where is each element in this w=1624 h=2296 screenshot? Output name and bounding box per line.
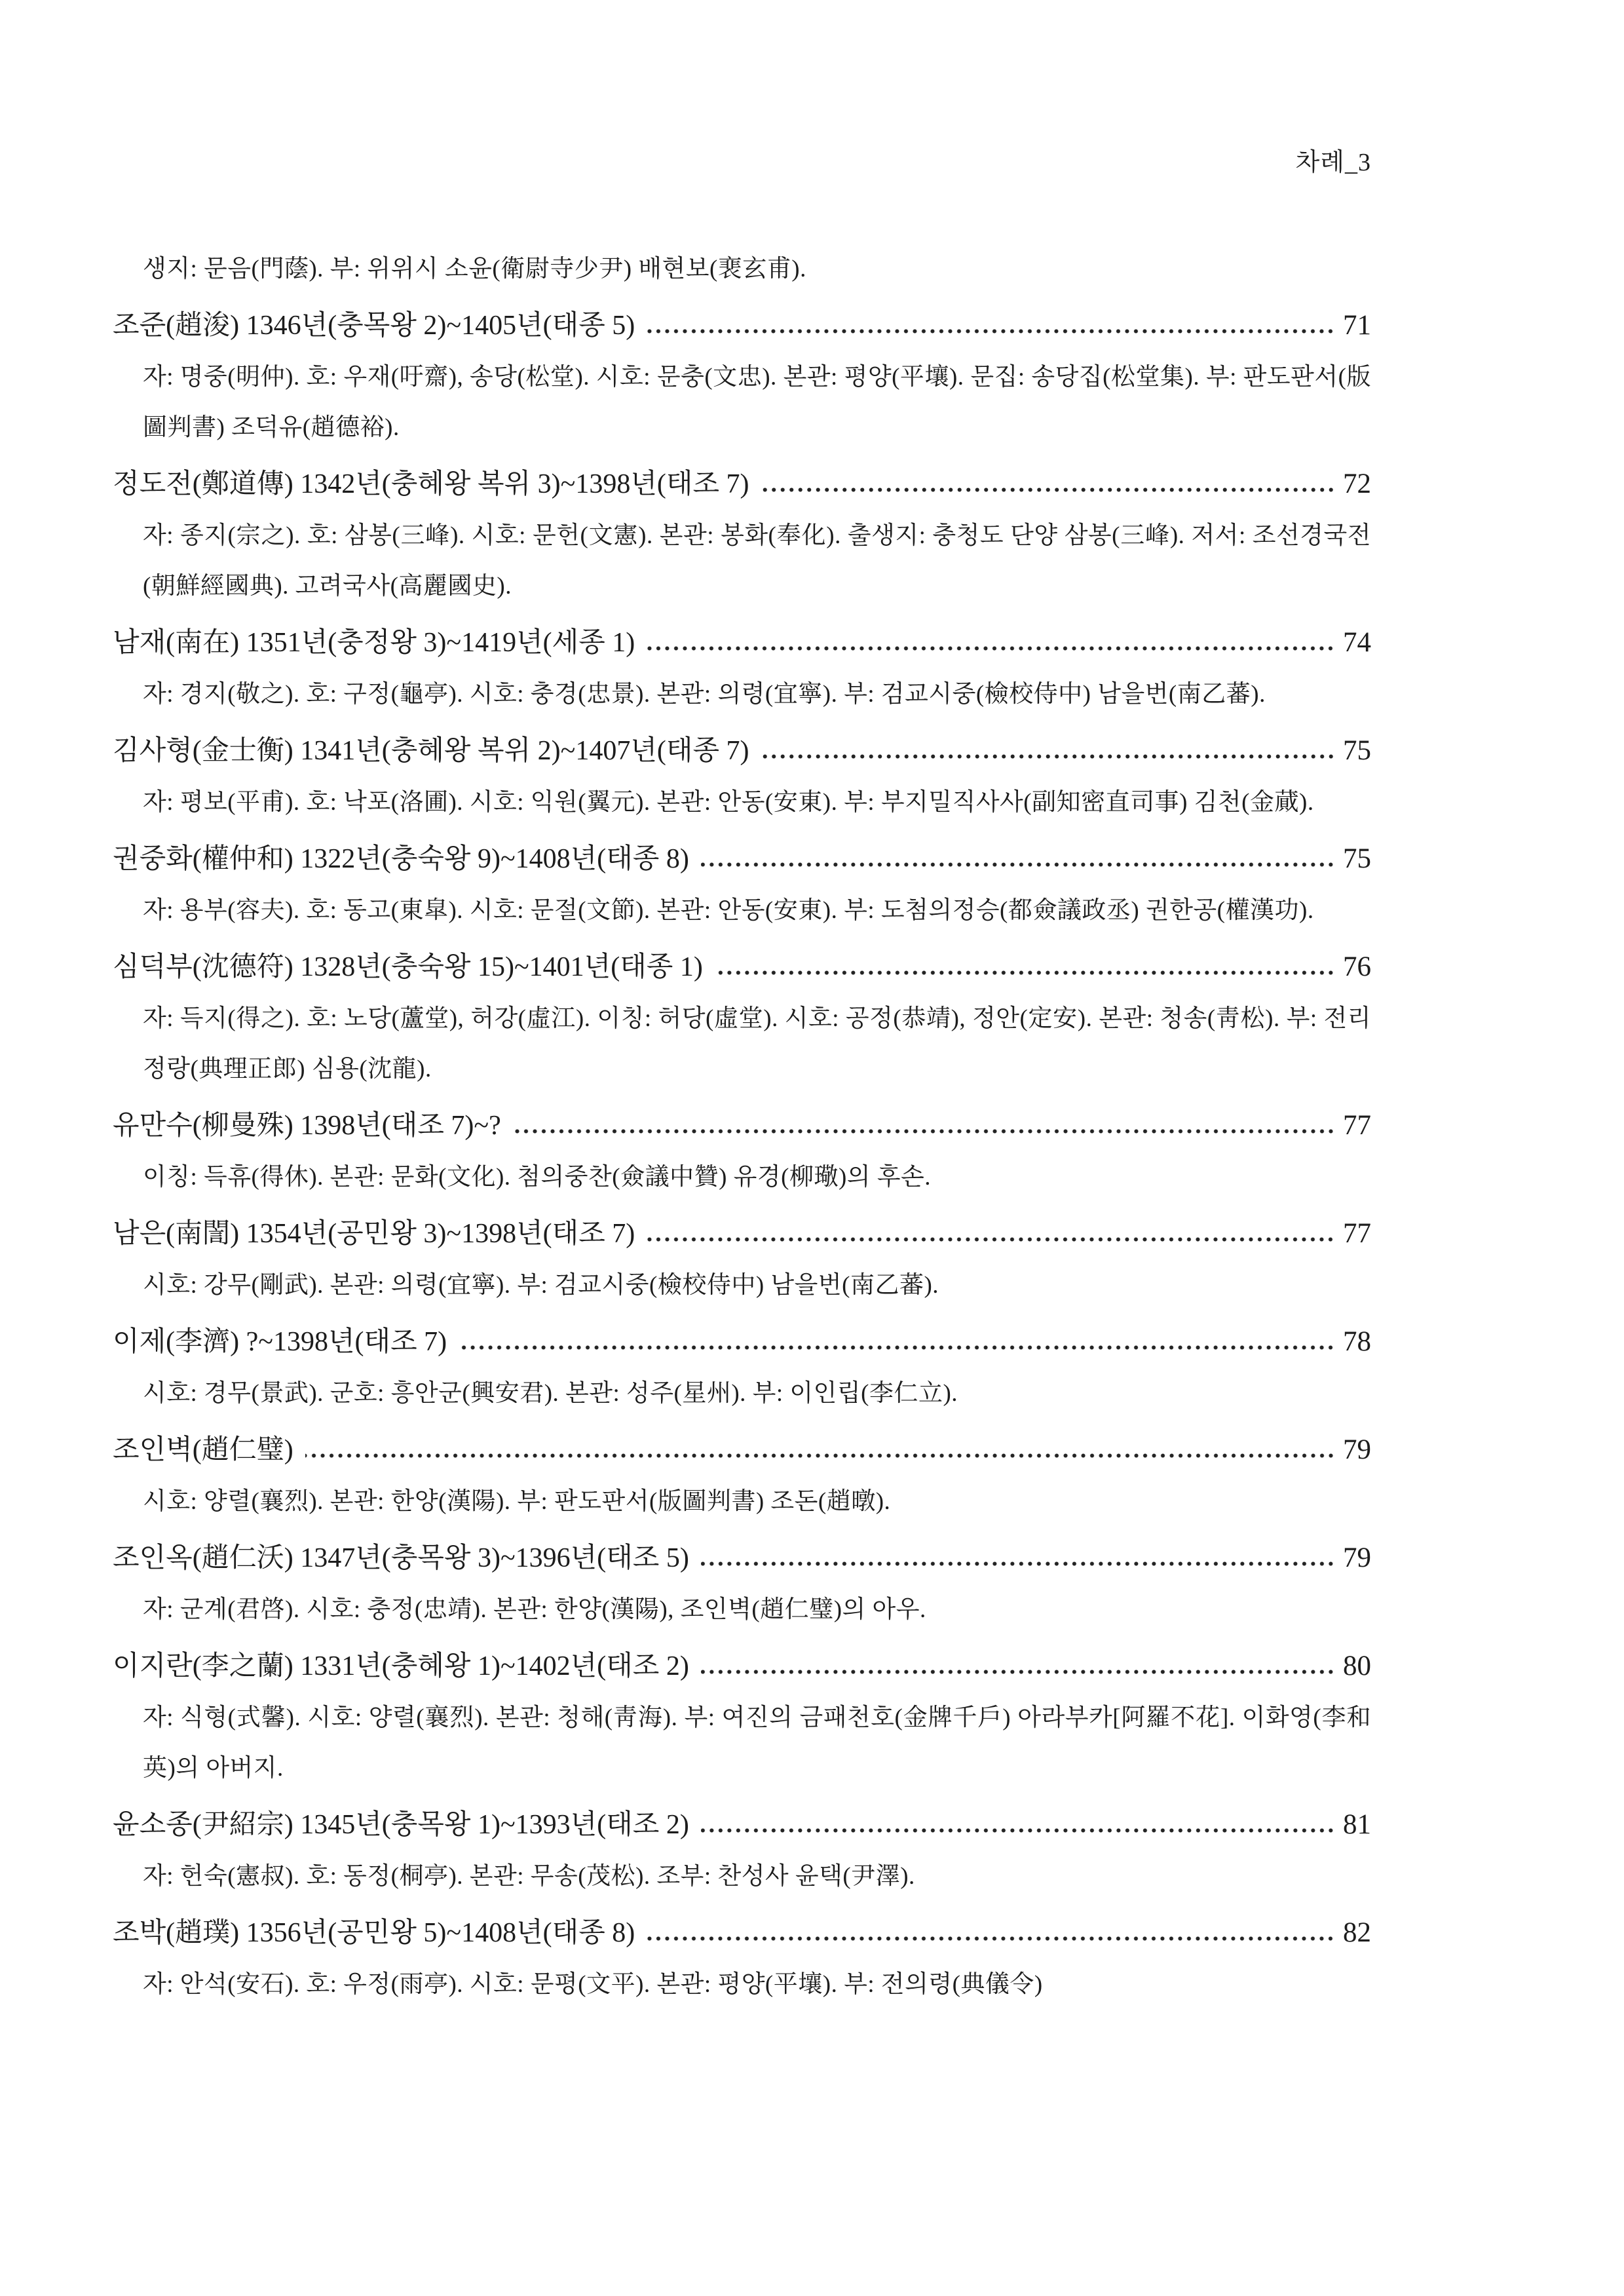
toc-entry-title-row: 이제(李濟) ?~1398년(태조 7)78 xyxy=(113,1316,1371,1368)
toc-entry: 이지란(李之蘭) 1331년(충혜왕 1)~1402년(태조 2)80자: 식형… xyxy=(113,1640,1371,1793)
dot-leader xyxy=(647,328,1335,334)
dot-leader xyxy=(761,754,1335,759)
toc-entry-detail: 자: 식형(式馨). 시호: 양렬(襄烈). 본관: 청해(靑海). 부: 여진… xyxy=(113,1693,1371,1793)
toc-entry-list: 조준(趙浚) 1346년(충목왕 2)~1405년(태종 5)71자: 명중(明… xyxy=(113,299,1371,2010)
dot-leader xyxy=(701,1669,1335,1675)
dot-leader xyxy=(459,1345,1335,1350)
toc-entry: 윤소종(尹紹宗) 1345년(충목왕 1)~1393년(태조 2)81자: 헌숙… xyxy=(113,1799,1371,1902)
toc-entry-page-number: 79 xyxy=(1343,1532,1371,1584)
toc-entry-detail: 자: 명중(明仲). 호: 우재(吁齋), 송당(松堂). 시호: 문충(文忠)… xyxy=(113,352,1371,453)
dot-leader xyxy=(647,645,1335,651)
toc-entry: 남은(南誾) 1354년(공민왕 3)~1398년(태조 7)77시호: 강무(… xyxy=(113,1208,1371,1311)
toc-entry-title: 이지란(李之蘭) 1331년(충혜왕 1)~1402년(태조 2) xyxy=(113,1640,689,1693)
toc-entry: 이제(李濟) ?~1398년(태조 7)78시호: 경무(景武). 군호: 흥안… xyxy=(113,1316,1371,1419)
toc-entry-title: 유만수(柳曼殊) 1398년(태조 7)~? xyxy=(113,1100,501,1152)
toc-entry: 조박(趙璞) 1356년(공민왕 5)~1408년(태종 8)82자: 안석(安… xyxy=(113,1907,1371,2010)
dot-leader xyxy=(701,1561,1335,1567)
toc-entry-title-row: 남은(南誾) 1354년(공민왕 3)~1398년(태조 7)77 xyxy=(113,1208,1371,1260)
toc-entry: 남재(南在) 1351년(충정왕 3)~1419년(세종 1)74자: 경지(敬… xyxy=(113,617,1371,719)
toc-entry-title: 조박(趙璞) 1356년(공민왕 5)~1408년(태종 8) xyxy=(113,1907,635,1959)
toc-entry-page-number: 77 xyxy=(1343,1208,1371,1260)
toc-entry-title-row: 심덕부(沈德符) 1328년(충숙왕 15)~1401년(태종 1)76 xyxy=(113,941,1371,993)
toc-entry-page-number: 76 xyxy=(1343,941,1371,993)
toc-entry-page-number: 78 xyxy=(1343,1316,1371,1368)
dot-leader xyxy=(761,487,1335,493)
toc-entry-title: 조인벽(趙仁璧) xyxy=(113,1424,293,1476)
dot-leader xyxy=(513,1128,1335,1134)
toc-entry-title-row: 조인벽(趙仁璧)79 xyxy=(113,1424,1371,1476)
toc-entry-detail: 자: 용부(容夫). 호: 동고(東皐). 시호: 문절(文節). 본관: 안동… xyxy=(113,885,1371,936)
toc-entry-page-number: 75 xyxy=(1343,725,1371,777)
toc-entry-page-number: 72 xyxy=(1343,458,1371,510)
toc-entry-title: 권중화(權仲和) 1322년(충숙왕 9)~1408년(태종 8) xyxy=(113,833,689,885)
toc-entry-detail: 자: 종지(宗之). 호: 삼봉(三峰). 시호: 문헌(文憲). 본관: 봉화… xyxy=(113,510,1371,611)
toc-entry-detail: 시호: 경무(景武). 군호: 흥안군(興安君). 본관: 성주(星州). 부:… xyxy=(113,1368,1371,1419)
dot-leader xyxy=(701,1827,1335,1833)
toc-entry-page-number: 80 xyxy=(1343,1640,1371,1693)
toc-entry-detail: 시호: 양렬(襄烈). 본관: 한양(漢陽). 부: 판도판서(版圖判書) 조돈… xyxy=(113,1476,1371,1527)
toc-entry-title-row: 윤소종(尹紹宗) 1345년(충목왕 1)~1393년(태조 2)81 xyxy=(113,1799,1371,1851)
toc-entry: 유만수(柳曼殊) 1398년(태조 7)~?77이칭: 득휴(得休). 본관: … xyxy=(113,1100,1371,1202)
toc-entry: 심덕부(沈德符) 1328년(충숙왕 15)~1401년(태종 1)76자: 득… xyxy=(113,941,1371,1094)
toc-entry-title-row: 유만수(柳曼殊) 1398년(태조 7)~?77 xyxy=(113,1100,1371,1152)
toc-entry-title-row: 남재(南在) 1351년(충정왕 3)~1419년(세종 1)74 xyxy=(113,617,1371,669)
toc-entry-detail: 시호: 강무(剛武). 본관: 의령(宜寧). 부: 검교시중(檢校侍中) 남을… xyxy=(113,1260,1371,1311)
toc-entry-title-row: 정도전(鄭道傳) 1342년(충혜왕 복위 3)~1398년(태조 7)72 xyxy=(113,458,1371,510)
toc-entry-detail: 자: 헌숙(憲叔). 호: 동정(桐亭). 본관: 무송(茂松). 조부: 찬성… xyxy=(113,1851,1371,1902)
toc-entry-title: 이제(李濟) ?~1398년(태조 7) xyxy=(113,1316,447,1368)
toc-entry-page-number: 82 xyxy=(1343,1907,1371,1959)
toc-entry-title-row: 조인옥(趙仁沃) 1347년(충목왕 3)~1396년(태조 5)79 xyxy=(113,1532,1371,1584)
toc-entry-title-row: 조박(趙璞) 1356년(공민왕 5)~1408년(태종 8)82 xyxy=(113,1907,1371,1959)
running-head-page-label: 차례_3 xyxy=(1296,148,1371,178)
toc-entry-detail: 자: 안석(安石). 호: 우정(雨亭). 시호: 문평(文平). 본관: 평양… xyxy=(113,1959,1371,2010)
toc-entry: 조인벽(趙仁璧)79시호: 양렬(襄烈). 본관: 한양(漢陽). 부: 판도판… xyxy=(113,1424,1371,1527)
toc-entry-detail: 자: 군계(君啓). 시호: 충정(忠靖). 본관: 한양(漢陽), 조인벽(趙… xyxy=(113,1584,1371,1635)
toc-entry-title: 윤소종(尹紹宗) 1345년(충목왕 1)~1393년(태조 2) xyxy=(113,1799,689,1851)
toc-entry: 조준(趙浚) 1346년(충목왕 2)~1405년(태종 5)71자: 명중(明… xyxy=(113,299,1371,453)
toc-entry-title: 정도전(鄭道傳) 1342년(충혜왕 복위 3)~1398년(태조 7) xyxy=(113,458,749,510)
toc-entry-title: 남재(南在) 1351년(충정왕 3)~1419년(세종 1) xyxy=(113,617,635,669)
toc-entry-title-row: 조준(趙浚) 1346년(충목왕 2)~1405년(태종 5)71 xyxy=(113,299,1371,352)
toc-entry-title: 조준(趙浚) 1346년(충목왕 2)~1405년(태종 5) xyxy=(113,299,635,352)
toc-entry-page-number: 75 xyxy=(1343,833,1371,885)
toc-entry-title: 조인옥(趙仁沃) 1347년(충목왕 3)~1396년(태조 5) xyxy=(113,1532,689,1584)
toc-entry-title: 남은(南誾) 1354년(공민왕 3)~1398년(태조 7) xyxy=(113,1208,635,1260)
toc-entry-page-number: 77 xyxy=(1343,1100,1371,1152)
toc-entry-detail: 자: 득지(得之). 호: 노당(蘆堂), 허강(虛江). 이칭: 허당(虛堂)… xyxy=(113,993,1371,1094)
toc-entry-title: 심덕부(沈德符) 1328년(충숙왕 15)~1401년(태종 1) xyxy=(113,941,703,993)
dot-leader xyxy=(647,1936,1335,1942)
toc-entry-detail: 자: 경지(敬之). 호: 구정(龜亭). 시호: 충경(忠景). 본관: 의령… xyxy=(113,669,1371,719)
toc-entry-title-row: 이지란(李之蘭) 1331년(충혜왕 1)~1402년(태조 2)80 xyxy=(113,1640,1371,1693)
toc-entry: 권중화(權仲和) 1322년(충숙왕 9)~1408년(태종 8)75자: 용부… xyxy=(113,833,1371,936)
dot-leader xyxy=(305,1453,1335,1459)
dot-leader xyxy=(647,1236,1335,1242)
toc-entry: 조인옥(趙仁沃) 1347년(충목왕 3)~1396년(태조 5)79자: 군계… xyxy=(113,1532,1371,1635)
dot-leader xyxy=(715,970,1335,976)
toc-entry: 김사형(金士衡) 1341년(충혜왕 복위 2)~1407년(태종 7)75자:… xyxy=(113,725,1371,828)
toc-entry-page-number: 79 xyxy=(1343,1424,1371,1476)
toc-content: 생지: 문음(門蔭). 부: 위위시 소윤(衛尉寺少尹) 배현보(裵玄甫). 조… xyxy=(113,244,1371,2010)
toc-entry: 정도전(鄭道傳) 1342년(충혜왕 복위 3)~1398년(태조 7)72자:… xyxy=(113,458,1371,611)
toc-page: 차례_3 생지: 문음(門蔭). 부: 위위시 소윤(衛尉寺少尹) 배현보(裵玄… xyxy=(0,0,1624,2296)
toc-entry-page-number: 81 xyxy=(1343,1799,1371,1851)
toc-entry-title: 김사형(金士衡) 1341년(충혜왕 복위 2)~1407년(태종 7) xyxy=(113,725,749,777)
toc-entry-title-row: 권중화(權仲和) 1322년(충숙왕 9)~1408년(태종 8)75 xyxy=(113,833,1371,885)
toc-entry-page-number: 74 xyxy=(1343,617,1371,669)
toc-entry-detail: 자: 평보(平甫). 호: 낙포(洛圃). 시호: 익원(翼元). 본관: 안동… xyxy=(113,777,1371,828)
dot-leader xyxy=(701,862,1335,868)
toc-entry-page-number: 71 xyxy=(1343,299,1371,352)
continuation-line: 생지: 문음(門蔭). 부: 위위시 소윤(衛尉寺少尹) 배현보(裵玄甫). xyxy=(113,244,1371,294)
toc-entry-title-row: 김사형(金士衡) 1341년(충혜왕 복위 2)~1407년(태종 7)75 xyxy=(113,725,1371,777)
toc-entry-detail: 이칭: 득휴(得休). 본관: 문화(文化). 첨의중찬(僉議中贊) 유경(柳璥… xyxy=(113,1152,1371,1202)
